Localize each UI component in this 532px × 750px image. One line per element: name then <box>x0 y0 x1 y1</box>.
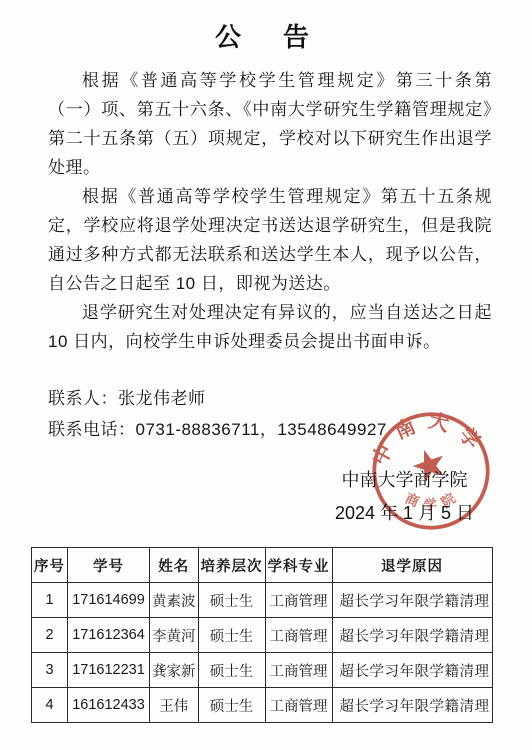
table-row: 1 171614699 黄素波 硕士生 工商管理 超长学习年限学籍清理 <box>32 583 493 618</box>
paragraph-legal-basis: 根据《普通高等学校学生管理规定》第三十条第（一）项、第五十六条、《中南大学研究生… <box>48 66 492 182</box>
cell-major: 工商管理 <box>265 653 332 688</box>
signature-org: 中南大学商学院 <box>312 464 497 497</box>
header-name: 姓名 <box>150 548 199 583</box>
page-title: 公 告 <box>0 0 532 54</box>
header-level: 培养层次 <box>198 548 265 583</box>
cell-major: 工商管理 <box>265 618 332 653</box>
cell-level: 硕士生 <box>198 688 265 723</box>
cell-student-id: 171612231 <box>68 653 150 688</box>
cell-level: 硕士生 <box>198 653 265 688</box>
cell-student-id: 161612433 <box>68 688 150 723</box>
cell-reason: 超长学习年限学籍清理 <box>332 653 492 688</box>
cell-major: 工商管理 <box>265 688 332 723</box>
table-row: 4 161612433 王伟 硕士生 工商管理 超长学习年限学籍清理 <box>32 688 493 723</box>
cell-name: 李黄河 <box>150 618 199 653</box>
header-student-id: 学号 <box>68 548 150 583</box>
cell-level: 硕士生 <box>198 583 265 618</box>
header-reason: 退学原因 <box>332 548 492 583</box>
cell-major: 工商管理 <box>265 583 332 618</box>
cell-student-id: 171614699 <box>68 583 150 618</box>
expelled-students-table: 序号 学号 姓名 培养层次 学科专业 退学原因 1 171614699 黄素波 … <box>31 547 493 723</box>
signature-date: 2024 年 1 月 5 日 <box>312 497 497 530</box>
cell-name: 王伟 <box>150 688 199 723</box>
announcement-body: 根据《普通高等学校学生管理规定》第三十条第（一）项、第五十六条、《中南大学研究生… <box>48 66 492 356</box>
signature-block: 中南大学商学院 2024 年 1 月 5 日 <box>312 464 497 530</box>
cell-student-id: 171612364 <box>68 618 150 653</box>
table-header-row: 序号 学号 姓名 培养层次 学科专业 退学原因 <box>32 548 493 583</box>
paragraph-delivery-notice: 根据《普通高等学校学生管理规定》第五十五条规定，学校应将退学处理决定书送达退学研… <box>48 182 492 298</box>
cell-reason: 超长学习年限学籍清理 <box>332 618 492 653</box>
cell-reason: 超长学习年限学籍清理 <box>332 583 492 618</box>
paragraph-appeal: 退学研究生对处理决定有异议的，应当自送达之日起 10 日内，向校学生申诉处理委员… <box>48 298 492 356</box>
cell-level: 硕士生 <box>198 618 265 653</box>
announcement-document: 公 告 根据《普通高等学校学生管理规定》第三十条第（一）项、第五十六条、《中南大… <box>0 0 532 750</box>
cell-index: 1 <box>32 583 68 618</box>
table-row: 3 171612231 龚家新 硕士生 工商管理 超长学习年限学籍清理 <box>32 653 493 688</box>
cell-index: 4 <box>32 688 68 723</box>
table-row: 2 171612364 李黄河 硕士生 工商管理 超长学习年限学籍清理 <box>32 618 493 653</box>
cell-name: 龚家新 <box>150 653 199 688</box>
cell-name: 黄素波 <box>150 583 199 618</box>
cell-reason: 超长学习年限学籍清理 <box>332 688 492 723</box>
cell-index: 3 <box>32 653 68 688</box>
header-major: 学科专业 <box>265 548 332 583</box>
cell-index: 2 <box>32 618 68 653</box>
header-index: 序号 <box>32 548 68 583</box>
